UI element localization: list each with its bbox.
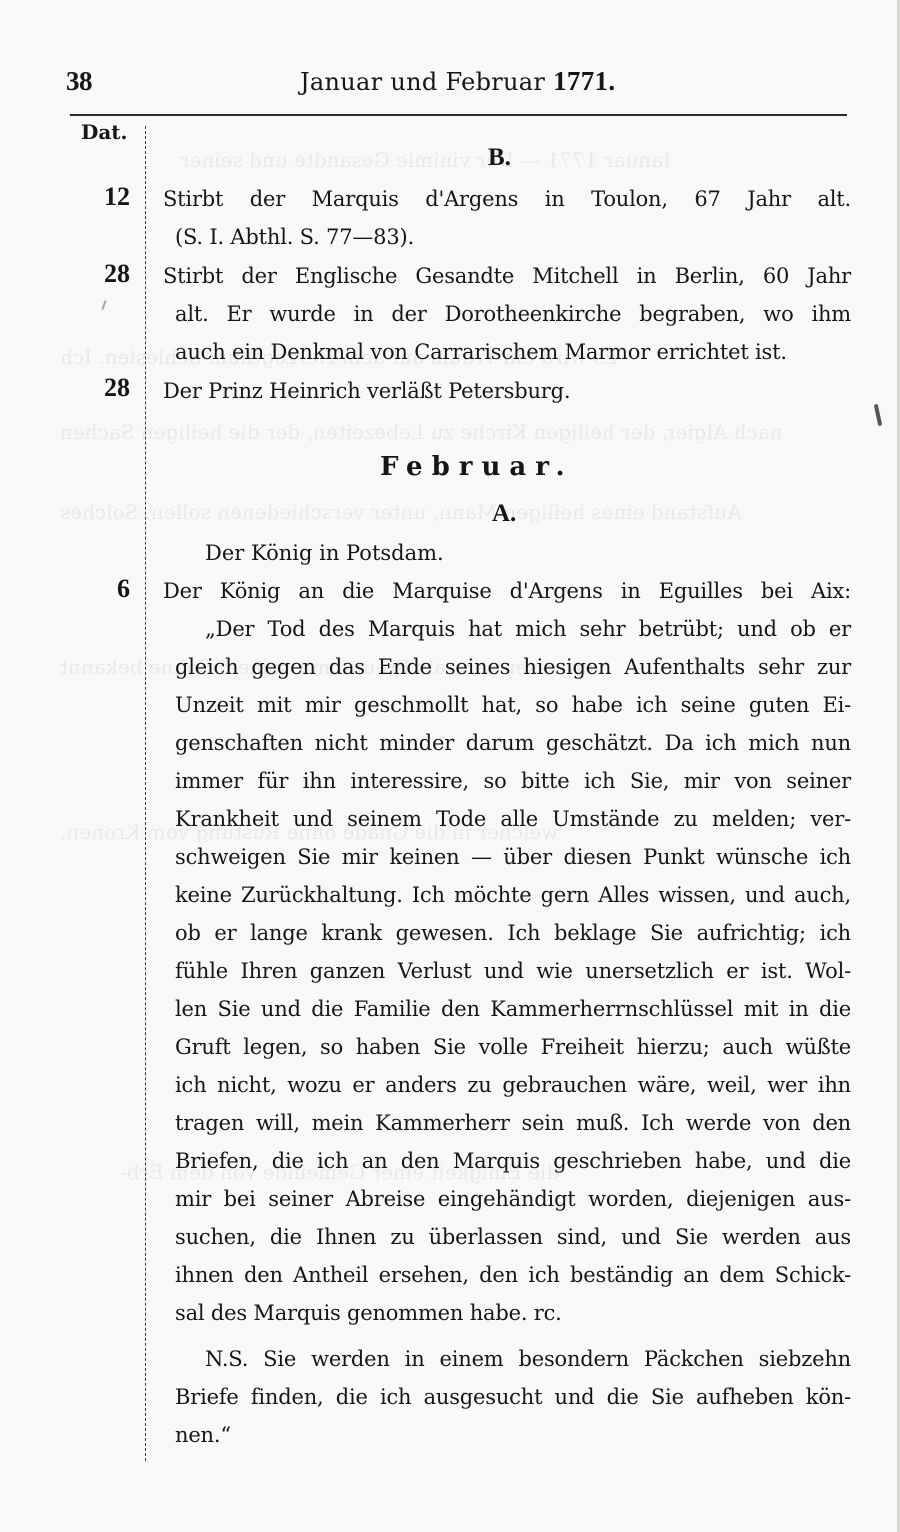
entry-date: 28 <box>60 373 130 403</box>
entry-line: Stirbt der Marquis d'Argens in Toulon, 6… <box>163 184 851 214</box>
date-column-label: Dat. <box>81 120 128 144</box>
letter-line: Unzeit mit mir geschmollt hat, so habe i… <box>175 690 851 720</box>
entry-line: Der Prinz Heinrich verläßt Petersburg. <box>163 376 851 406</box>
entry-line: auch ein Denkmal von Carrarischem Marmor… <box>175 337 851 367</box>
bleed-through-text: nach Algier, der heiligen Kirche zu Lebe… <box>60 420 783 444</box>
entry-line: Stirbt der Englische Gesandte Mitchell i… <box>163 261 851 291</box>
letter-line: Gruft legen, so haben Sie volle Freiheit… <box>175 1032 851 1062</box>
bleed-through-text: Ianuar 1771 — Der vinimie Gesandte und s… <box>180 148 671 172</box>
letter-line: schweigen Sie mir keinen — über diesen P… <box>175 842 851 872</box>
section-letter-b: B. <box>488 144 511 172</box>
letter-line: keine Zurückhaltung. Ich möchte gern All… <box>175 880 851 910</box>
postscript-line: N.S. Sie werden in einem besondern Päckc… <box>205 1344 851 1374</box>
letter-line: mir bei seiner Abreise eingehändigt word… <box>175 1184 851 1214</box>
letter-line: gleich gegen das Ende seines hiesigen Au… <box>175 652 851 682</box>
bleed-through-text: Aufstand eines heiligen Mann, unter vers… <box>60 500 742 524</box>
entry-line: alt. Er wurde in der Dorotheenkirche beg… <box>175 299 851 329</box>
month-heading: Februar. <box>380 452 574 482</box>
date-column-rule <box>145 126 146 1461</box>
entry-date: 28 <box>60 259 130 289</box>
letter-line: immer für ihn interessire, so bitte ich … <box>175 766 851 796</box>
page-number: 38 <box>66 66 92 97</box>
paper-speck <box>101 300 106 310</box>
running-head-title: Januar und Februar <box>300 68 545 96</box>
entry-date: 12 <box>60 182 130 212</box>
letter-line: ich nicht, wozu er anders zu gebrauchen … <box>175 1070 851 1100</box>
header-rule <box>70 114 847 116</box>
letter-line: Briefen, die ich an den Marquis geschrie… <box>175 1146 851 1176</box>
entry-line: (S. I. Abthl. S. 77—83). <box>175 222 851 252</box>
letter-line: sal des Marquis genommen habe. rc. <box>175 1298 851 1328</box>
section-letter-a: A. <box>492 500 516 528</box>
letter-line: genschaften nicht minder darum geschätzt… <box>175 728 851 758</box>
postscript-line: Briefe finden, die ich ausgesucht und di… <box>175 1382 851 1412</box>
running-head: Januar und Februar 1771. <box>300 66 620 97</box>
letter-line: tragen will, mein Kammerherr sein muß. I… <box>175 1108 851 1138</box>
letter-line: fühle Ihren ganzen Verlust und wie uners… <box>175 956 851 986</box>
letter-line: len Sie und die Familie den Kammerherrns… <box>175 994 851 1024</box>
subheading: Der König in Potsdam. <box>205 538 444 568</box>
entry-date: 6 <box>60 574 130 604</box>
letter-line: „Der Tod des Marquis hat mich sehr betrü… <box>205 614 851 644</box>
paper-speck <box>874 404 882 426</box>
letter-line: Krankheit und seinem Tode alle Umstände … <box>175 804 851 834</box>
letter-line: ob er lange krank gewesen. Ich beklage S… <box>175 918 851 948</box>
running-head-year: 1771. <box>553 66 615 96</box>
postscript-line: nen.“ <box>175 1420 851 1450</box>
letter-line: ihnen den Antheil ersehen, den ich bestä… <box>175 1260 851 1290</box>
entry-intro: Der König an die Marquise d'Argens in Eg… <box>163 576 851 606</box>
book-page: Ianuar 1771 — Der vinimie Gesandte und s… <box>0 0 900 1532</box>
letter-line: suchen, die Ihnen zu überlassen sind, un… <box>175 1222 851 1252</box>
